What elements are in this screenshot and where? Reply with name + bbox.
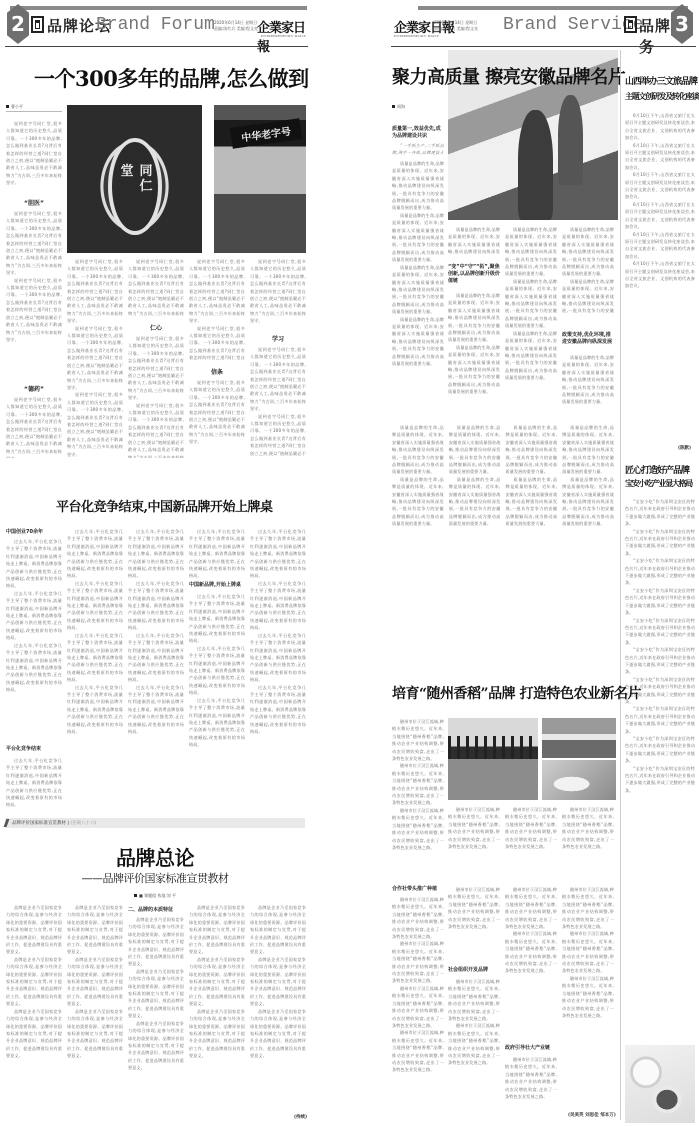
article-text-column: 质量是品牌的生命,品牌是质量的体现。近年来,安徽省深入实施质量强省战略,推动品牌… (505, 226, 557, 422)
article-text-column: 说到老字号同仁堂,很多人都知道它的历史悠久,品质可靠。一个300多年的品牌,怎么… (128, 258, 184, 318)
article-text-column: 过去几年,平台化竞争几乎主导了整个消费市场,流量红利逐渐消退,中国新品牌开始走上… (6, 538, 62, 723)
brand-logo-icon (31, 16, 44, 33)
article-text-column: 随州市位于汉江流域,种植水稻历史悠久。近年来,当地围绕“随州香稻”品牌,推动农业… (562, 806, 614, 886)
sidebar-text-column: 6月10日下午,山西省文旅厅在太原召开主题文创研发及转化座谈会,来自全省文旅企业… (625, 112, 695, 457)
article-subhead: 政策支持,优化环境,推进安徽品牌向纵深发展 (562, 332, 614, 346)
article-headline: 平台化竞争结束,中国新品牌开始上牌桌 (56, 496, 273, 515)
article-subhead: 合作社带头推广种植 (392, 885, 437, 892)
chinese-time-honored-store-photo: 中华老字号 (214, 105, 306, 253)
article-headline: 培育“随州香稻”品牌 打造特色农业新名片 (392, 683, 641, 703)
article-quote: “一手抓生产,二手抓品牌,两手一齐抓,品牌建设才会有实效” (392, 142, 444, 157)
article-subhead: 学习 (250, 334, 306, 343)
article-text-column: 随州市位于汉江流域,种植水稻历史悠久。近年来,当地围绕“随州香稻”品牌,推动农业… (505, 1056, 557, 1124)
rice-field-photo (448, 718, 538, 800)
serial-text-column: 品牌是企业乃至国家竞争力的综合体现,是参与经济全球化的重要资源。品牌评价国家标准… (128, 916, 184, 1124)
article-subhead: 中国创业70余年 (6, 528, 43, 535)
article-text-column: 质量是品牌的生命,品牌是质量的体现。近年来,安徽省深入实施质量强省战略,推动品牌… (562, 226, 614, 316)
article-text-column: 说到老字号同仁堂,很多人都知道它的历史悠久,品质可靠。一个300多年的品牌,怎么… (128, 335, 184, 458)
serial-text-column: 品牌是企业乃至国家竞争力的综合体现,是参与经济全球化的重要资源。品牌评价国家标准… (189, 904, 245, 1124)
sidebar-headline: 宝安小吃产业显大格局 (625, 478, 692, 489)
rice-grain-photo (542, 760, 616, 800)
author-mark: (吴美英 刘思佳 邹本万) (568, 1112, 616, 1118)
article-subhead: 仁心 (128, 323, 184, 332)
article-text-column: 说到老字号同仁堂,很多人都知道它的历史悠久,品质可靠。一个300多年的品牌,怎么… (6, 396, 62, 458)
article-text-column: 质量是品牌的生命,品牌是质量的体现。近年来,安徽省深入实施质量强省战略,推动品牌… (448, 226, 500, 256)
article-subhead: “德药” (6, 384, 62, 393)
serial-subhead: 二、品牌的本质特征 (128, 906, 173, 913)
article-text-column: 说到老字号同仁堂,很多人都知道它的历史悠久,品质可靠。一个300多年的品牌,怎么… (6, 120, 62, 190)
brand-logo-icon (624, 16, 637, 33)
masthead-en: ENTREPRENEURS' DAILY (261, 34, 306, 38)
serial-text-column: 品牌是企业乃至国家竞争力的综合体现,是参与经济全球化的重要资源。品牌评价国家标准… (250, 904, 306, 1109)
sidebar-headline: 主题文创研发及转化座谈会 (625, 91, 699, 102)
article-text-column: 质量是品牌的生命,品牌是质量的体现。近年来,安徽省深入实施质量强省战略,推动品牌… (562, 354, 614, 422)
plaque: 同仁堂 (108, 138, 162, 236)
dateline: 2020年6月14日 星期日 责编:陈红兵 美编:程文亮 (214, 20, 258, 32)
header-rule (391, 46, 696, 47)
header-bar (10, 6, 307, 10)
article-headline: 聚力高质量 擦亮安徽品牌名片 (392, 63, 625, 89)
article-text-column: 说到老字号同仁堂,很多人都知道它的历史悠久,品质可靠。一个300多年的品牌,怎么… (250, 258, 306, 330)
article-text-column: 随州市位于汉江流域,种植水稻历史悠久。近年来,当地围绕“随州香稻”品牌,推动农业… (392, 896, 444, 1124)
article-text-column: 随州市位于汉江流域,种植水稻历史悠久。近年来,当地围绕“随州香稻”品牌,推动农业… (562, 886, 614, 1106)
article-headline: 一个300多年的品牌,怎么做到“百年基业” (34, 63, 310, 93)
article-text-column: 随州市位于汉江流域,种植水稻历史悠久。近年来,当地围绕“随州香稻”品牌,推动农业… (505, 886, 557, 1036)
article-subhead: “胆医” (6, 198, 62, 207)
article-text-column: 过去几年,平台化竞争几乎主导了整个消费市场,流量红利逐渐消退,中国新品牌开始走上… (67, 528, 123, 808)
article-text-column: 过去几年,平台化竞争几乎主导了整个消费市场,流量红利逐渐消退,中国新品牌开始走上… (189, 593, 245, 808)
article-text-column: 说到老字号同仁堂,很多人都知道它的历史悠久,品质可靠。一个300多年的品牌,怎么… (6, 210, 62, 380)
page-gutter (310, 0, 388, 1126)
serial-title: 品牌总论 (0, 842, 310, 871)
article-subhead: 中国新品牌,开始上牌桌 (189, 581, 241, 588)
article-text-column: 说到老字号同仁堂,很多人都知道它的历史悠久,品质可靠。一个300多年的品牌,怎么… (250, 346, 306, 458)
article-byline: 周海 (392, 104, 405, 110)
serial-text-column: 品牌是企业乃至国家竞争力的综合体现,是参与经济全球化的重要资源。品牌评价国家标准… (67, 904, 123, 1124)
article-byline: 曹小平 (6, 104, 23, 110)
author-mark: (陈默) (678, 445, 691, 451)
article-text-column: 随州市位于汉江流域,种植水稻历史悠久。近年来,当地围绕“随州香稻”品牌,推动农业… (392, 718, 444, 883)
sidebar-text-column: “宝安小吃”作为深圳宝安区的特色名片,近年来在政府引导和企业推动下逐步做大做强,… (625, 498, 695, 1043)
section-title-en: Brand Service (503, 15, 643, 35)
article-text-column: 说到老字号同仁堂,很多人都知道它的历史悠久,品质可靠。一个300多年的品牌,怎么… (189, 379, 245, 458)
serial-byline: ■ 课题组 执笔:刘 平 (0, 893, 310, 899)
column-divider (620, 50, 621, 1120)
article-text-column: 过去几年,平台化竞争几乎主导了整个消费市场,流量红利逐渐消退,中国新品牌开始走上… (128, 528, 184, 808)
serial-subtitle: ——品牌评价国家标准宣贯教材 (0, 870, 310, 886)
article-text-column: 随州市位于汉江流域,种植水稻历史悠久。近年来,当地围绕“随州香稻”品牌,推动农业… (505, 806, 557, 886)
page-number-badge: 2 (7, 4, 29, 44)
article-subhead: 平台化竞争结束 (6, 745, 41, 752)
header-bar (418, 6, 688, 10)
right-page: 企業家日報 ENTREPRENEURS' DAILY 2020年6月14日 星期… (388, 0, 699, 1126)
article-text-column: 随州市位于汉江流域,种植水稻历史悠久。近年来,当地围绕“随州香稻”品牌,推动农业… (448, 806, 500, 886)
article-text-column: 说到老字号同仁堂,很多人都知道它的历史悠久,品质可靠。一个300多年的品牌,怎么… (67, 258, 123, 458)
tongrentang-plaque-photo: 同仁堂 (67, 105, 202, 253)
serial-section-bar: 品牌评价国家标准宣贯教材 | (连载八十六) (5, 818, 305, 828)
serial-text-column: 品牌是企业乃至国家竞争力的综合体现,是参与经济全球化的重要资源。品牌评价国家标准… (6, 904, 62, 1124)
article-subhead: “变”中“守”“拓”,聚焦创新,以品牌创新升级价值链 (448, 264, 500, 285)
article-text-column: 随州市位于汉江流域,种植水稻历史悠久。近年来,当地围绕“随州香稻”品牌,推动农业… (448, 886, 500, 961)
article-subhead: 政府引导壮大产业链 (505, 1044, 550, 1051)
article-text-column: 质量是品牌的生命,品牌是质量的体现。近年来,安徽省深入实施质量强省战略,推动品牌… (448, 292, 500, 422)
article-text-column: 随州市位于汉江流域,种植水稻历史悠久。近年来,当地围绕“随州香稻”品牌,推动农业… (448, 978, 500, 1124)
divider (6, 111, 62, 112)
slash-icon (4, 819, 10, 827)
masthead-en: ENTREPRENEURS' DAILY (394, 34, 439, 38)
article-text-column: 过去几年,平台化竞争几乎主导了整个消费市场,流量红利逐渐消退,中国新品牌开始走上… (6, 757, 62, 807)
article-text-column: 质量是品牌的生命,品牌是质量的体现。近年来,安徽省深入实施质量强省战略,推动品牌… (392, 160, 444, 420)
article-text-column: 说到老字号同仁堂,很多人都知道它的历史悠久,品质可靠。一个300多年的品牌,怎么… (189, 258, 245, 363)
left-page: 2 品牌论坛 Brand Forum 2020年6月14日 星期日 责编:陈红兵… (0, 0, 310, 1126)
continued-mark: (待续) (294, 1114, 307, 1120)
article-text-column: 过去几年,平台化竞争几乎主导了整个消费市场,流量红利逐渐消退,中国新品牌开始走上… (189, 528, 245, 578)
rice-shop-photo (542, 718, 616, 758)
article-subhead: 社会组织开发品牌 (448, 966, 488, 973)
section-title-en: Brand Forum (96, 15, 215, 35)
sidebar-headline: 匠心打造好产品牌 (625, 463, 689, 476)
article-text-block: 质量是品牌的生命,品牌是质量的体现。近年来,安徽省深入实施质量强省战略,推动品牌… (392, 424, 614, 636)
food-dishes-photo (625, 1045, 695, 1123)
header-rule (5, 46, 308, 47)
article-subhead: 质量第一,效益优先,成为品牌建设共识 (392, 126, 444, 140)
dateline: 2020年6月14日 星期日 责编:陈红兵 美编:程文亮 (434, 20, 478, 32)
article-subhead: 信条 (189, 367, 245, 376)
sidebar-headline: 山西举办三文旅品牌 (625, 74, 697, 87)
article-text-column: 过去几年,平台化竞争几乎主导了整个消费市场,流量红利逐渐消退,中国新品牌开始走上… (250, 528, 306, 808)
